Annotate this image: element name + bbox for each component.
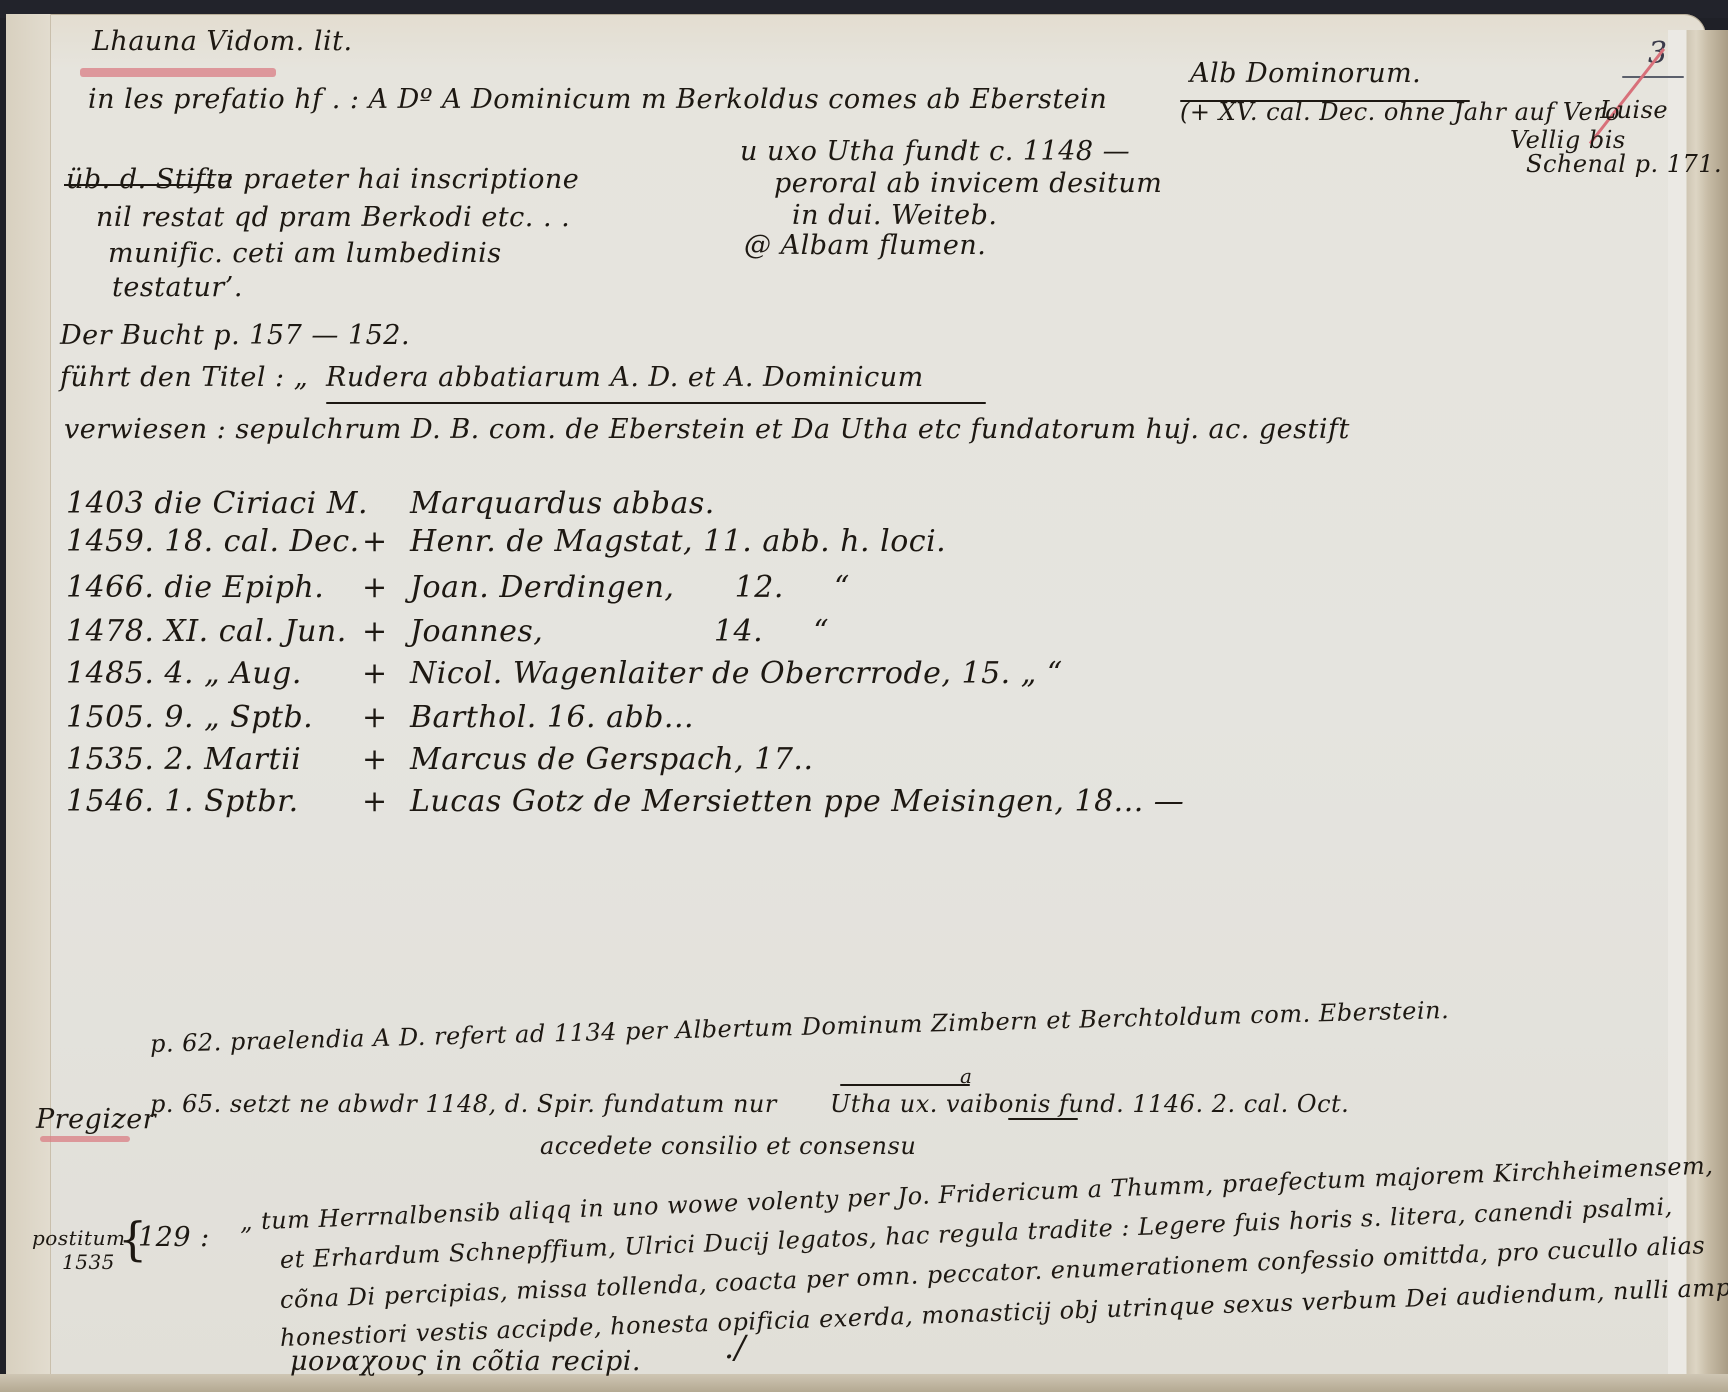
insertion-super: a bbox=[960, 1064, 972, 1088]
margin-label-1: postitum bbox=[32, 1226, 125, 1250]
list-item-text: Nicol. Wagenlaiter de Obercrrode, 15. „ … bbox=[410, 656, 1063, 691]
list-item-date: 1546. 1. Sptbr. bbox=[66, 784, 299, 819]
end-mark: ./ bbox=[724, 1328, 746, 1366]
right-note-title: Alb Dominorum. bbox=[1190, 58, 1421, 89]
reference-number: 129 : bbox=[138, 1222, 210, 1253]
title-line-2-prefix: führt den Titel : „ bbox=[60, 362, 308, 393]
list-item-date: 1466. die Epiph. bbox=[66, 570, 324, 605]
left-line-1: u praeter hai inscriptione bbox=[216, 164, 579, 195]
page-bottom-edge bbox=[0, 1374, 1728, 1392]
list-item-text: Henr. de Magstat, 11. abb. h. loci. bbox=[410, 524, 946, 559]
list-item-date: 1485. 4. „ Aug. bbox=[66, 656, 302, 691]
pregizer-red-underline bbox=[40, 1136, 130, 1142]
struck-text: üb. d. Stifte bbox=[66, 164, 234, 195]
middle-line-2: in dui. Weiteb. bbox=[792, 200, 997, 231]
heading-red-underline bbox=[80, 68, 276, 77]
title-underline bbox=[326, 402, 986, 404]
paragraph-line-5: μοναχους in cõtia recipi. bbox=[290, 1346, 641, 1377]
list-item-text: Joannes, 14. “ bbox=[410, 614, 829, 649]
list-item-mark: + bbox=[362, 700, 388, 735]
list-item-text: Marquardus abbas. bbox=[410, 486, 715, 521]
middle-line-3: @ Albam flumen. bbox=[744, 230, 986, 261]
left-line-3: munific. ceti am lumbedinis bbox=[108, 238, 502, 269]
list-item-text: Lucas Gotz de Mersietten ppe Meisingen, … bbox=[410, 784, 1184, 819]
page-heading: Lhauna Vidom. lit. bbox=[92, 26, 353, 57]
list-item-date: 1505. 9. „ Sptb. bbox=[66, 700, 313, 735]
list-item-text: Marcus de Gerspach, 17.. bbox=[410, 742, 813, 777]
page-number-underline bbox=[1622, 76, 1684, 78]
vaibonis-underline bbox=[1008, 1118, 1078, 1120]
left-line-2: nil restat qd pram Berkodi etc. . . bbox=[96, 202, 570, 233]
bottom-line-3: accedete consilio et consensu bbox=[540, 1132, 916, 1160]
bottom-line-2-right: Utha ux. vaibonis fund. 1146. 2. cal. Oc… bbox=[830, 1090, 1349, 1118]
strikethrough-line bbox=[64, 184, 214, 186]
list-item-mark: + bbox=[362, 524, 388, 559]
top-line-2: u uxo Utha fundt c. 1148 — bbox=[740, 136, 1130, 167]
margin-note-1: Luise bbox=[1600, 96, 1668, 124]
left-line-4: testatur’. bbox=[112, 272, 243, 303]
pregizer-label: Pregizer bbox=[36, 1104, 156, 1135]
title-line-2-title: Rudera abbatiarum A. D. et A. Dominicum bbox=[326, 362, 924, 393]
list-item-date: 1535. 2. Martii bbox=[66, 742, 301, 777]
page-stub-left bbox=[6, 14, 51, 1392]
page-stack-edge bbox=[1668, 30, 1728, 1392]
insertion-line bbox=[840, 1084, 970, 1086]
list-item-date: 1478. XI. cal. Jun. bbox=[66, 614, 347, 649]
bottom-line-2: p. 65. setzt ne abwdr 1148, d. Spir. fun… bbox=[150, 1090, 777, 1118]
list-item-mark: + bbox=[362, 742, 388, 777]
list-item-mark: + bbox=[362, 570, 388, 605]
list-item-text: Barthol. 16. abb... bbox=[410, 700, 694, 735]
title-line-1: Der Bucht p. 157 — 152. bbox=[60, 320, 410, 351]
list-item-mark: + bbox=[362, 784, 388, 819]
list-item-text: Joan. Derdingen, 12. “ bbox=[410, 570, 850, 605]
right-note-line: (+ XV. cal. Dec. ohne Jahr auf Vero bbox=[1180, 98, 1620, 126]
list-item-date: 1459. 18. cal. Dec. bbox=[66, 524, 360, 559]
list-item-mark: + bbox=[362, 614, 388, 649]
margin-note-3: Schenal p. 171. bbox=[1526, 150, 1722, 178]
list-item-date: 1403 die Ciriaci M. bbox=[66, 486, 368, 521]
list-item-mark: + bbox=[362, 656, 388, 691]
title-line-3: verwiesen : sepulchrum D. B. com. de Ebe… bbox=[64, 414, 1350, 445]
middle-line-1: peroral ab invicem desitum bbox=[774, 168, 1162, 199]
margin-label-2: 1535 bbox=[62, 1250, 115, 1274]
top-line-1: in les prefatio hf . : A Dº A Dominicum … bbox=[88, 84, 1107, 115]
